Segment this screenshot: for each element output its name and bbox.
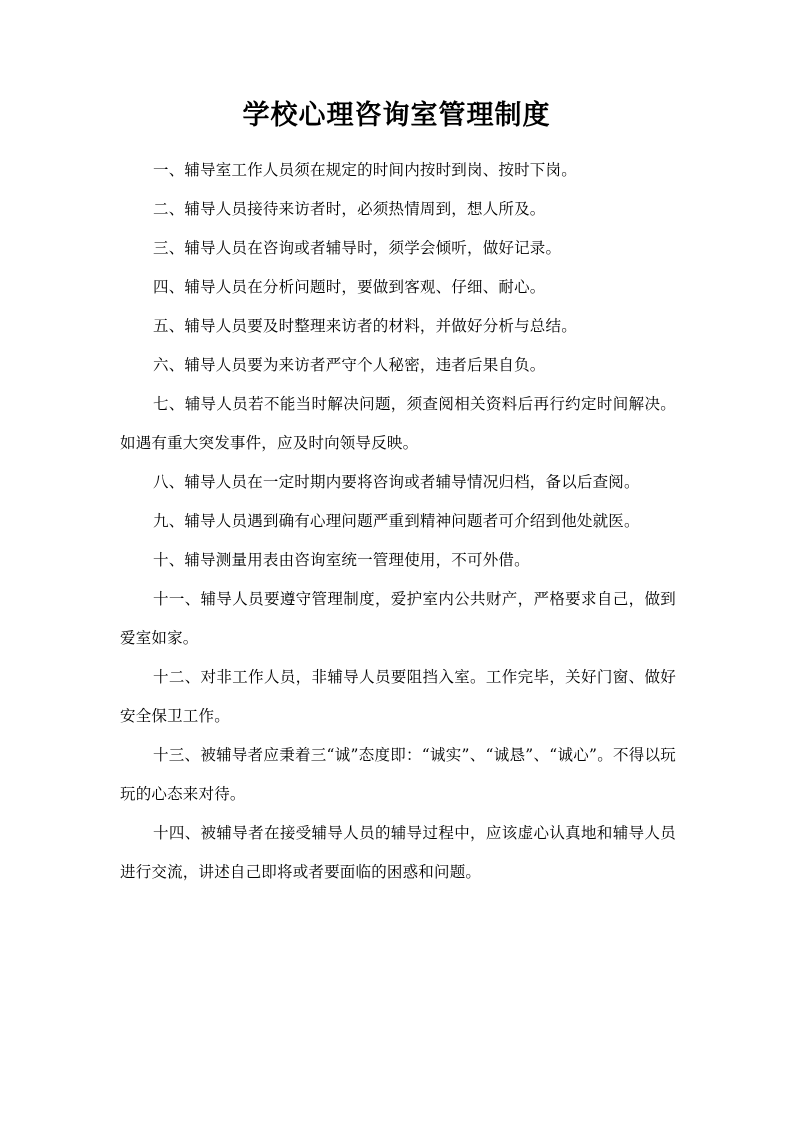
rule-paragraph-12: 十二、对非工作人员，非辅导人员要阻挡入室。工作完毕，关好门窗、做好安全保卫工作。: [120, 658, 676, 736]
rule-paragraph-7: 七、辅导人员若不能当时解决问题，须查阅相关资料后再行约定时间解决。如遇有重大突发…: [120, 385, 676, 463]
document-body: 一、辅导室工作人员须在规定的时间内按时到岗、按时下岗。 二、辅导人员接待来访者时…: [120, 151, 676, 892]
rule-paragraph-14: 十四、被辅导者在接受辅导人员的辅导过程中，应该虚心认真地和辅导人员进行交流，讲述…: [120, 814, 676, 892]
rule-paragraph-8: 八、辅导人员在一定时期内要将咨询或者辅导情况归档，备以后查阅。: [120, 463, 676, 502]
rule-paragraph-4: 四、辅导人员在分析问题时，要做到客观、仔细、耐心。: [120, 268, 676, 307]
document-page: 学校心理咨询室管理制度 一、辅导室工作人员须在规定的时间内按时到岗、按时下岗。 …: [0, 0, 793, 1122]
rule-paragraph-1: 一、辅导室工作人员须在规定的时间内按时到岗、按时下岗。: [120, 151, 676, 190]
rule-paragraph-5: 五、辅导人员要及时整理来访者的材料，并做好分析与总结。: [120, 307, 676, 346]
rule-paragraph-2: 二、辅导人员接待来访者时，必须热情周到，想人所及。: [120, 190, 676, 229]
document-title: 学校心理咨询室管理制度: [0, 98, 793, 134]
rule-paragraph-11: 十一、辅导人员要遵守管理制度，爱护室内公共财产，严格要求自己，做到爱室如家。: [120, 580, 676, 658]
rule-paragraph-9: 九、辅导人员遇到确有心理问题严重到精神问题者可介绍到他处就医。: [120, 502, 676, 541]
rule-paragraph-13: 十三、被辅导者应秉着三“诚”态度即：“诚实”、“诚恳”、“诚心”。不得以玩玩的心…: [120, 736, 676, 814]
rule-paragraph-6: 六、辅导人员要为来访者严守个人秘密，违者后果自负。: [120, 346, 676, 385]
rule-paragraph-10: 十、辅导测量用表由咨询室统一管理使用，不可外借。: [120, 541, 676, 580]
rule-paragraph-3: 三、辅导人员在咨询或者辅导时，须学会倾听，做好记录。: [120, 229, 676, 268]
